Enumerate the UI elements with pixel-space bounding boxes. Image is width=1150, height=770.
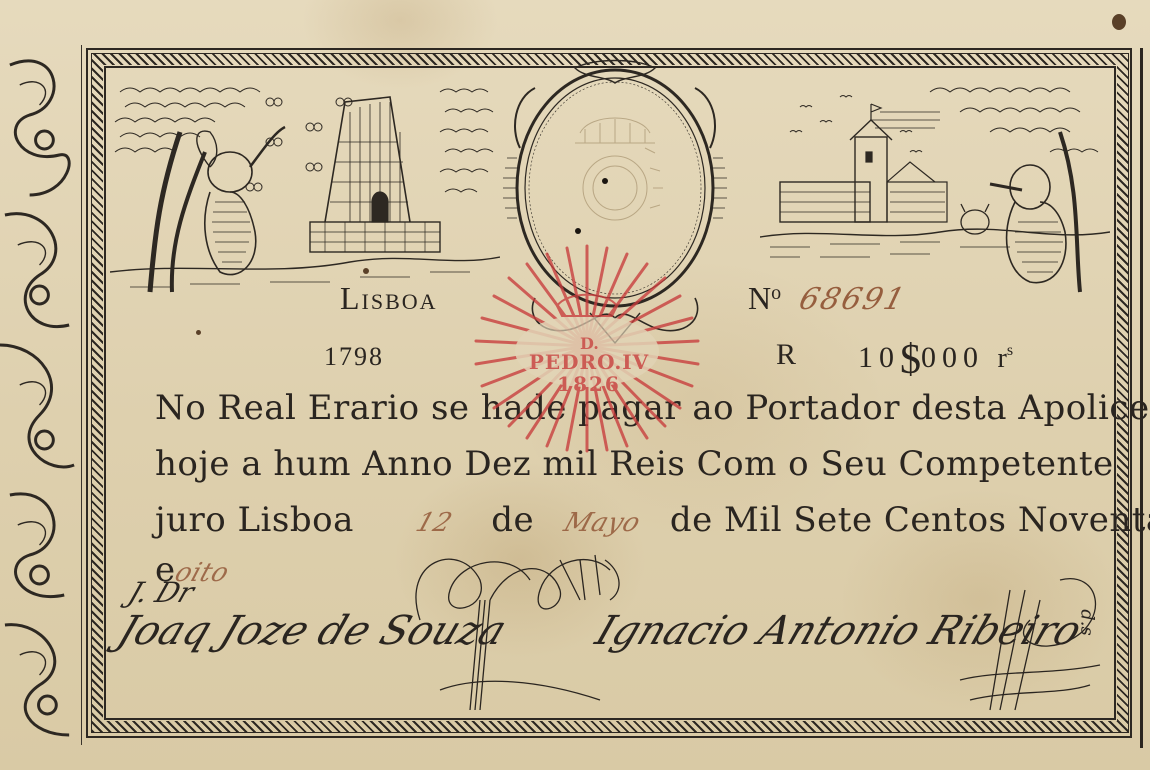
amount-suffix: 000: [921, 341, 984, 374]
cherub-with-beehive-icon: [110, 72, 500, 302]
amount-unit-s: s: [1007, 342, 1013, 359]
city-label: Lisboa: [340, 280, 438, 317]
shepherd-boy-with-flute-and-castle-icon: [760, 72, 1110, 302]
counterfoil-stub-ornament: [0, 45, 82, 745]
handwritten-day: 12: [412, 508, 456, 538]
stamp-name: PEDRO.IV: [522, 350, 656, 374]
body-line-3-start: juro Lisboa: [155, 500, 354, 540]
amount-label: 10$000 rs: [858, 336, 1013, 384]
stamp-year: 1826: [522, 372, 656, 396]
cifrao-sign: $: [900, 336, 921, 384]
pedro-iv-revalidation-stamp: D. PEDRO.IV 1826: [462, 236, 712, 456]
currency-mark: R: [776, 338, 796, 372]
amount-unit-r: r: [998, 343, 1007, 374]
number-label: No: [748, 280, 781, 317]
serial-number-handwritten: 68691: [795, 282, 910, 317]
body-line-3-de: de: [491, 500, 534, 540]
number-label-o: o: [771, 282, 781, 304]
amount-unit: rs: [998, 343, 1014, 374]
number-label-n: N: [748, 280, 771, 316]
body-line-3-end: de Mil Sete Centos Noventa: [670, 500, 1150, 540]
year-label: 1798: [324, 342, 384, 372]
amount-prefix: 10: [858, 341, 900, 374]
body-line-3: juro Lisboa 12 de Mayo de Mil Sete Cento…: [155, 500, 1150, 540]
calligraphic-flourish-icon: [0, 45, 81, 745]
signature-flourish-icon: [380, 540, 680, 720]
signature-left-prefix: J. Dr: [124, 576, 199, 609]
right-vignette: [760, 72, 1110, 302]
left-vignette: [110, 72, 500, 302]
handwritten-month: Mayo: [560, 508, 644, 538]
ink-stain: [1112, 14, 1126, 30]
signature-flourish-icon: [940, 560, 1110, 720]
